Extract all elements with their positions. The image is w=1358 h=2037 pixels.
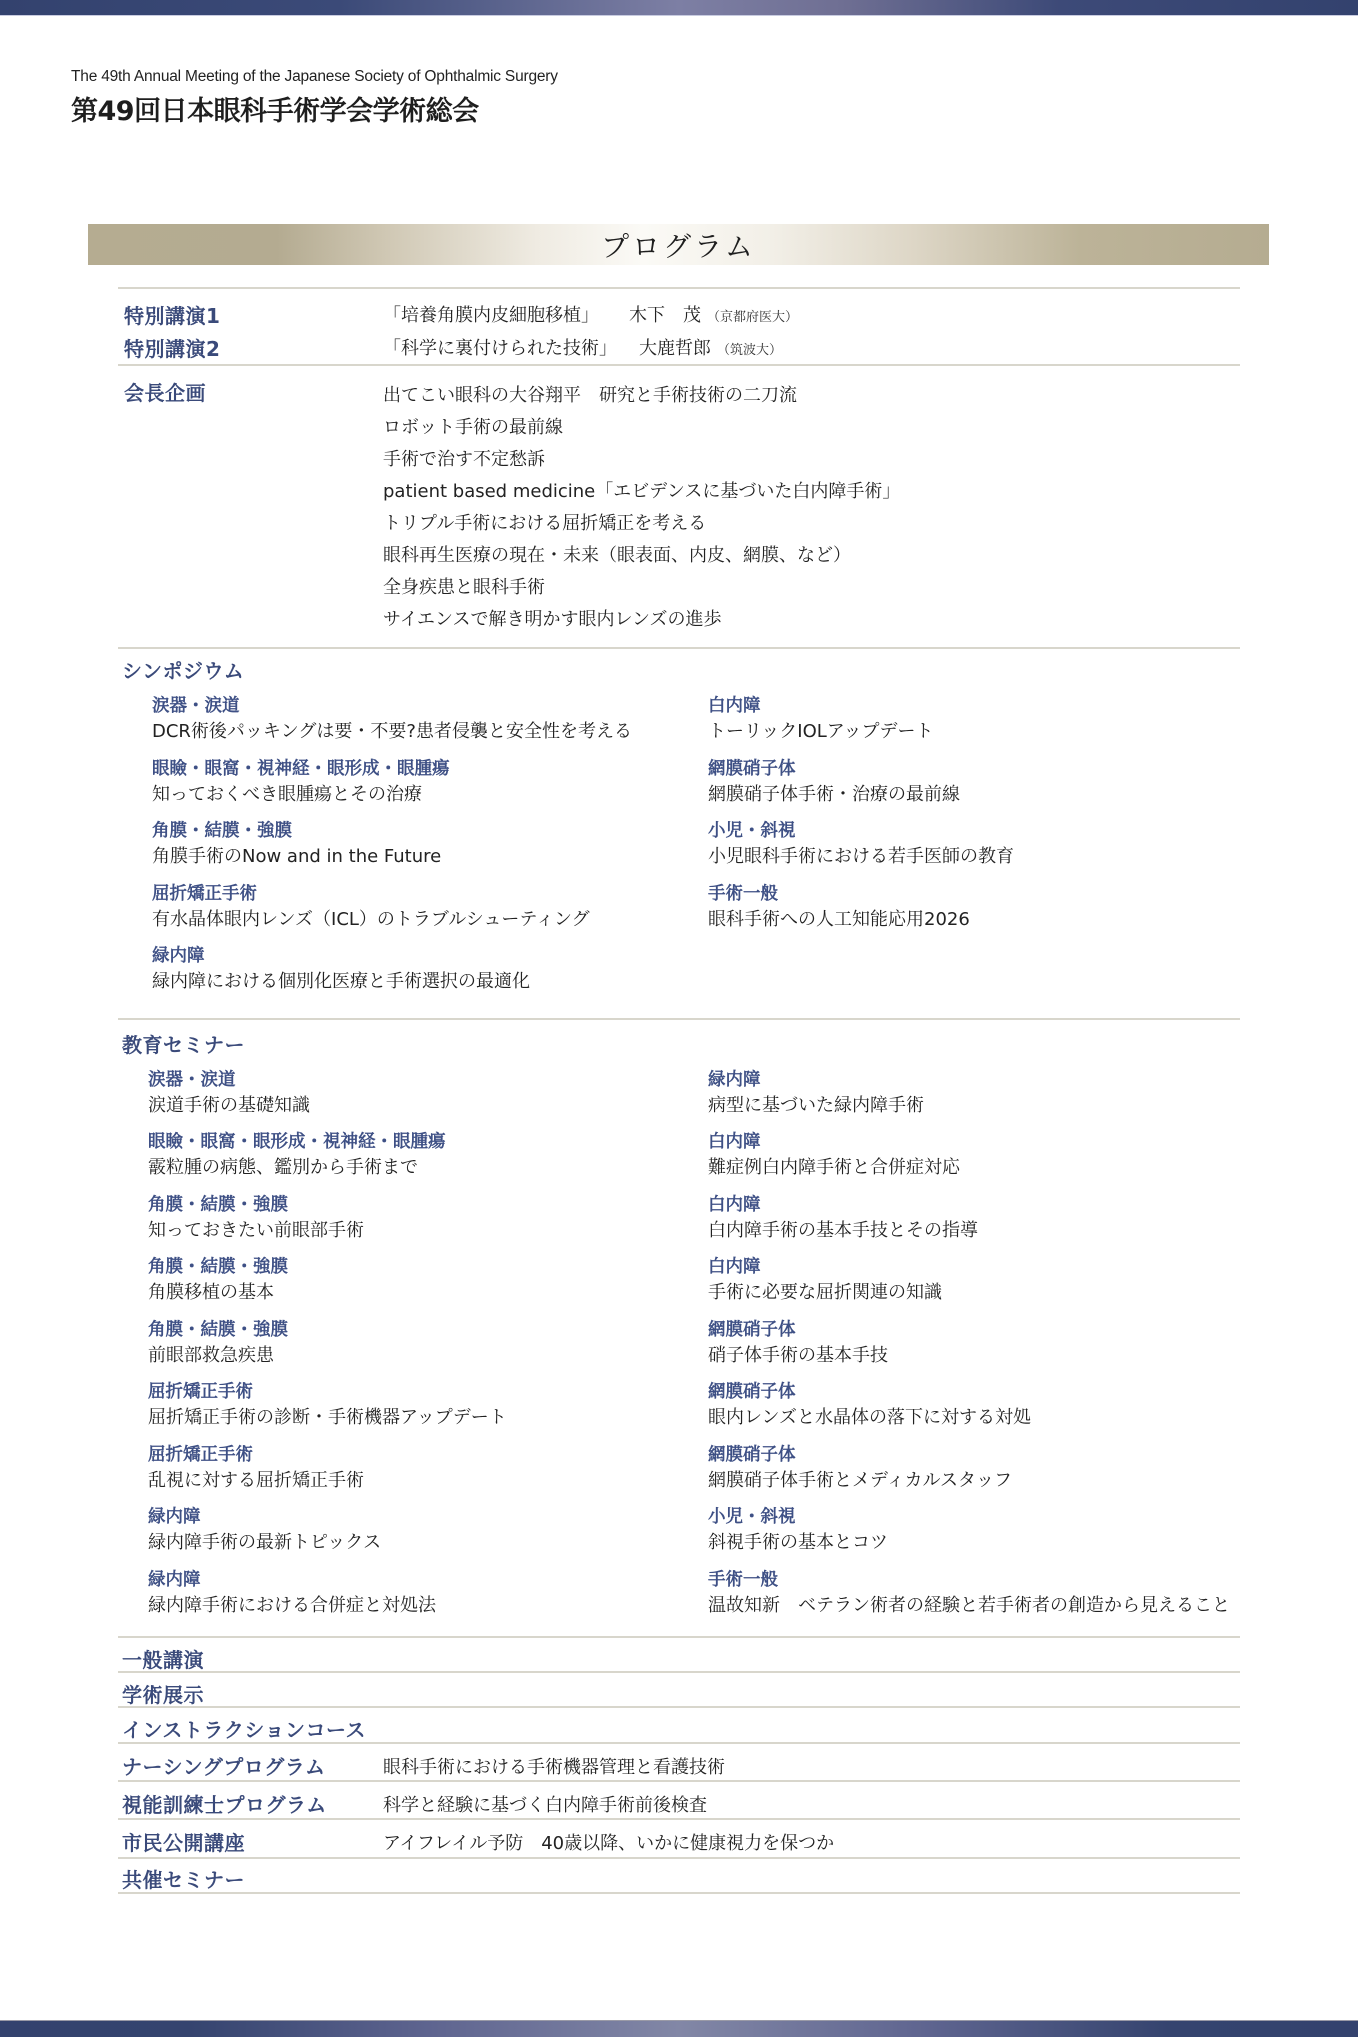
symposium-title: 知っておくべき眼腫瘍とその治療 bbox=[152, 780, 422, 806]
divider bbox=[118, 1706, 1240, 1708]
president-plan-item: 手術で治す不定愁訴 bbox=[383, 445, 545, 471]
symposium-title: DCR術後パッキングは要・不要?患者侵襲と安全性を考える bbox=[152, 717, 632, 743]
seminar-title: 霰粒腫の病態、鑑別から手術まで bbox=[148, 1153, 418, 1179]
seminar-category: 緑内障 bbox=[708, 1066, 761, 1091]
session-title-public-lecture: アイフレイル予防 40歳以降、いかに健康視力を保つか bbox=[383, 1829, 834, 1855]
program-title: プログラム bbox=[601, 225, 756, 265]
education-seminar-label: 教育セミナー bbox=[122, 1029, 245, 1058]
special-lecture-1-title: 「培養角膜内皮細胞移植」 bbox=[383, 305, 599, 326]
seminar-category: 角膜・結膜・強膜 bbox=[148, 1316, 288, 1341]
program-banner: プログラム bbox=[88, 224, 1269, 265]
divider bbox=[118, 1780, 1240, 1782]
seminar-title: 屈折矯正手術の診断・手術機器アップデート bbox=[148, 1403, 507, 1429]
special-lecture-1: 「培養角膜内皮細胞移植」木下 茂（京都府医大） bbox=[383, 301, 798, 327]
divider bbox=[118, 287, 1240, 289]
seminar-category: 手術一般 bbox=[708, 1566, 778, 1591]
president-plan-item: 全身疾患と眼科手術 bbox=[383, 573, 545, 599]
seminar-title: 硝子体手術の基本手技 bbox=[708, 1341, 888, 1367]
seminar-title: 角膜移植の基本 bbox=[148, 1278, 274, 1304]
divider bbox=[118, 1742, 1240, 1744]
seminar-category: 緑内障 bbox=[148, 1566, 201, 1591]
symposium-title: 有水晶体眼内レンズ（ICL）のトラブルシューティング bbox=[152, 905, 590, 931]
divider bbox=[118, 364, 1240, 366]
symposium-title: 緑内障における個別化医療と手術選択の最適化 bbox=[152, 967, 530, 993]
symposium-title: 眼科手術への人工知能応用2026 bbox=[708, 905, 970, 931]
session-label-academic-exhibit: 学術展示 bbox=[122, 1679, 204, 1708]
seminar-title: 前眼部救急疾患 bbox=[148, 1341, 274, 1367]
seminar-category: 眼瞼・眼窩・眼形成・視神経・眼腫瘍 bbox=[148, 1128, 446, 1153]
symposium-category: 手術一般 bbox=[708, 880, 778, 905]
bottom-decorative-bar bbox=[0, 2020, 1358, 2037]
president-plan-item: サイエンスで解き明かす眼内レンズの進歩 bbox=[383, 605, 722, 631]
seminar-title: 眼内レンズと水晶体の落下に対する対処 bbox=[708, 1403, 1031, 1429]
session-title-orthoptist-program: 科学と経験に基づく白内障手術前後検査 bbox=[383, 1791, 707, 1817]
seminar-title: 斜視手術の基本とコツ bbox=[708, 1528, 888, 1554]
session-label-general-lecture: 一般講演 bbox=[122, 1644, 204, 1673]
divider bbox=[118, 1018, 1240, 1020]
symposium-category: 白内障 bbox=[708, 692, 761, 717]
divider bbox=[118, 647, 1240, 649]
symposium-title: 網膜硝子体手術・治療の最前線 bbox=[708, 780, 960, 806]
seminar-category: 白内障 bbox=[708, 1128, 761, 1153]
seminar-title: 網膜硝子体手術とメディカルスタッフ bbox=[708, 1466, 1012, 1492]
seminar-title: 温故知新 ベテラン術者の経験と若手術者の創造から見えること bbox=[708, 1591, 1230, 1617]
meeting-title-ja: 第49回日本眼科手術学会学術総会 bbox=[71, 89, 558, 128]
president-plan-item: 出てこい眼科の大谷翔平 研究と手術技術の二刀流 bbox=[383, 381, 797, 407]
session-label-instruction-course: インストラクションコース bbox=[122, 1714, 366, 1743]
special-lecture-2: 「科学に裏付けられた技術」大鹿哲郎（筑波大） bbox=[383, 334, 782, 360]
divider bbox=[118, 1818, 1240, 1820]
seminar-category: 網膜硝子体 bbox=[708, 1378, 796, 1403]
seminar-title: 緑内障手術における合併症と対処法 bbox=[148, 1591, 436, 1617]
meeting-subtitle-en: The 49th Annual Meeting of the Japanese … bbox=[71, 68, 558, 86]
divider bbox=[118, 1857, 1240, 1859]
president-plan-item: トリプル手術における屈折矯正を考える bbox=[383, 509, 706, 535]
symposium-category: 眼瞼・眼窩・視神経・眼形成・眼腫瘍 bbox=[152, 755, 450, 780]
seminar-category: 角膜・結膜・強膜 bbox=[148, 1253, 288, 1278]
session-label-orthoptist-program: 視能訓練士プログラム bbox=[122, 1789, 327, 1818]
symposium-category: 角膜・結膜・強膜 bbox=[152, 817, 292, 842]
divider bbox=[118, 1671, 1240, 1673]
symposium-title: 小児眼科手術における若手医師の教育 bbox=[708, 842, 1014, 868]
divider bbox=[118, 1636, 1240, 1638]
seminar-title: 難症例白内障手術と合併症対応 bbox=[708, 1153, 960, 1179]
symposium-title: トーリックIOLアップデート bbox=[708, 717, 934, 743]
seminar-category: 屈折矯正手術 bbox=[148, 1441, 253, 1466]
seminar-title: 乱視に対する屈折矯正手術 bbox=[148, 1466, 364, 1492]
top-decorative-bar bbox=[0, 0, 1358, 16]
seminar-category: 網膜硝子体 bbox=[708, 1316, 796, 1341]
seminar-category: 屈折矯正手術 bbox=[148, 1378, 253, 1403]
seminar-category: 小児・斜視 bbox=[708, 1503, 796, 1528]
special-lecture-2-speaker: 大鹿哲郎 bbox=[639, 338, 711, 359]
seminar-category: 白内障 bbox=[708, 1253, 761, 1278]
special-lecture-2-affiliation: （筑波大） bbox=[717, 343, 782, 358]
seminar-category: 網膜硝子体 bbox=[708, 1441, 796, 1466]
seminar-title: 涙道手術の基礎知識 bbox=[148, 1091, 310, 1117]
seminar-title: 知っておきたい前眼部手術 bbox=[148, 1216, 364, 1242]
special-lecture-1-label: 特別講演1 bbox=[124, 300, 220, 329]
seminar-category: 角膜・結膜・強膜 bbox=[148, 1191, 288, 1216]
session-label-public-lecture: 市民公開講座 bbox=[122, 1827, 245, 1856]
session-label-sponsored-seminar: 共催セミナー bbox=[122, 1864, 245, 1893]
seminar-title: 緑内障手術の最新トピックス bbox=[148, 1528, 381, 1554]
president-plan-item: patient based medicine「エビデンスに基づいた白内障手術」 bbox=[383, 477, 900, 503]
seminar-category: 涙器・涙道 bbox=[148, 1066, 236, 1091]
symposium-title: 角膜手術のNow and in the Future bbox=[152, 842, 441, 868]
president-plan-item: 眼科再生医療の現在・未来（眼表面、内皮、網膜、など） bbox=[383, 541, 851, 567]
symposium-label: シンポジウム bbox=[122, 655, 244, 684]
seminar-category: 白内障 bbox=[708, 1191, 761, 1216]
session-label-nursing-program: ナーシングプログラム bbox=[122, 1751, 326, 1780]
seminar-title: 白内障手術の基本手技とその指導 bbox=[708, 1216, 978, 1242]
divider bbox=[118, 1892, 1240, 1894]
seminar-category: 緑内障 bbox=[148, 1503, 201, 1528]
special-lecture-2-label: 特別講演2 bbox=[124, 333, 220, 362]
session-title-nursing-program: 眼科手術における手術機器管理と看護技術 bbox=[383, 1753, 725, 1779]
symposium-category: 網膜硝子体 bbox=[708, 755, 796, 780]
symposium-category: 涙器・涙道 bbox=[152, 692, 240, 717]
symposium-category: 緑内障 bbox=[152, 942, 205, 967]
page-header: The 49th Annual Meeting of the Japanese … bbox=[71, 68, 558, 128]
president-plan-item: ロボット手術の最前線 bbox=[383, 413, 563, 439]
symposium-category: 屈折矯正手術 bbox=[152, 880, 257, 905]
seminar-title: 手術に必要な屈折関連の知識 bbox=[708, 1278, 942, 1304]
seminar-title: 病型に基づいた緑内障手術 bbox=[708, 1091, 924, 1117]
symposium-category: 小児・斜視 bbox=[708, 817, 796, 842]
special-lecture-1-affiliation: （京都府医大） bbox=[707, 310, 798, 325]
special-lecture-1-speaker: 木下 茂 bbox=[629, 305, 701, 326]
president-plan-label: 会長企画 bbox=[124, 377, 206, 406]
special-lecture-2-title: 「科学に裏付けられた技術」 bbox=[383, 338, 617, 359]
